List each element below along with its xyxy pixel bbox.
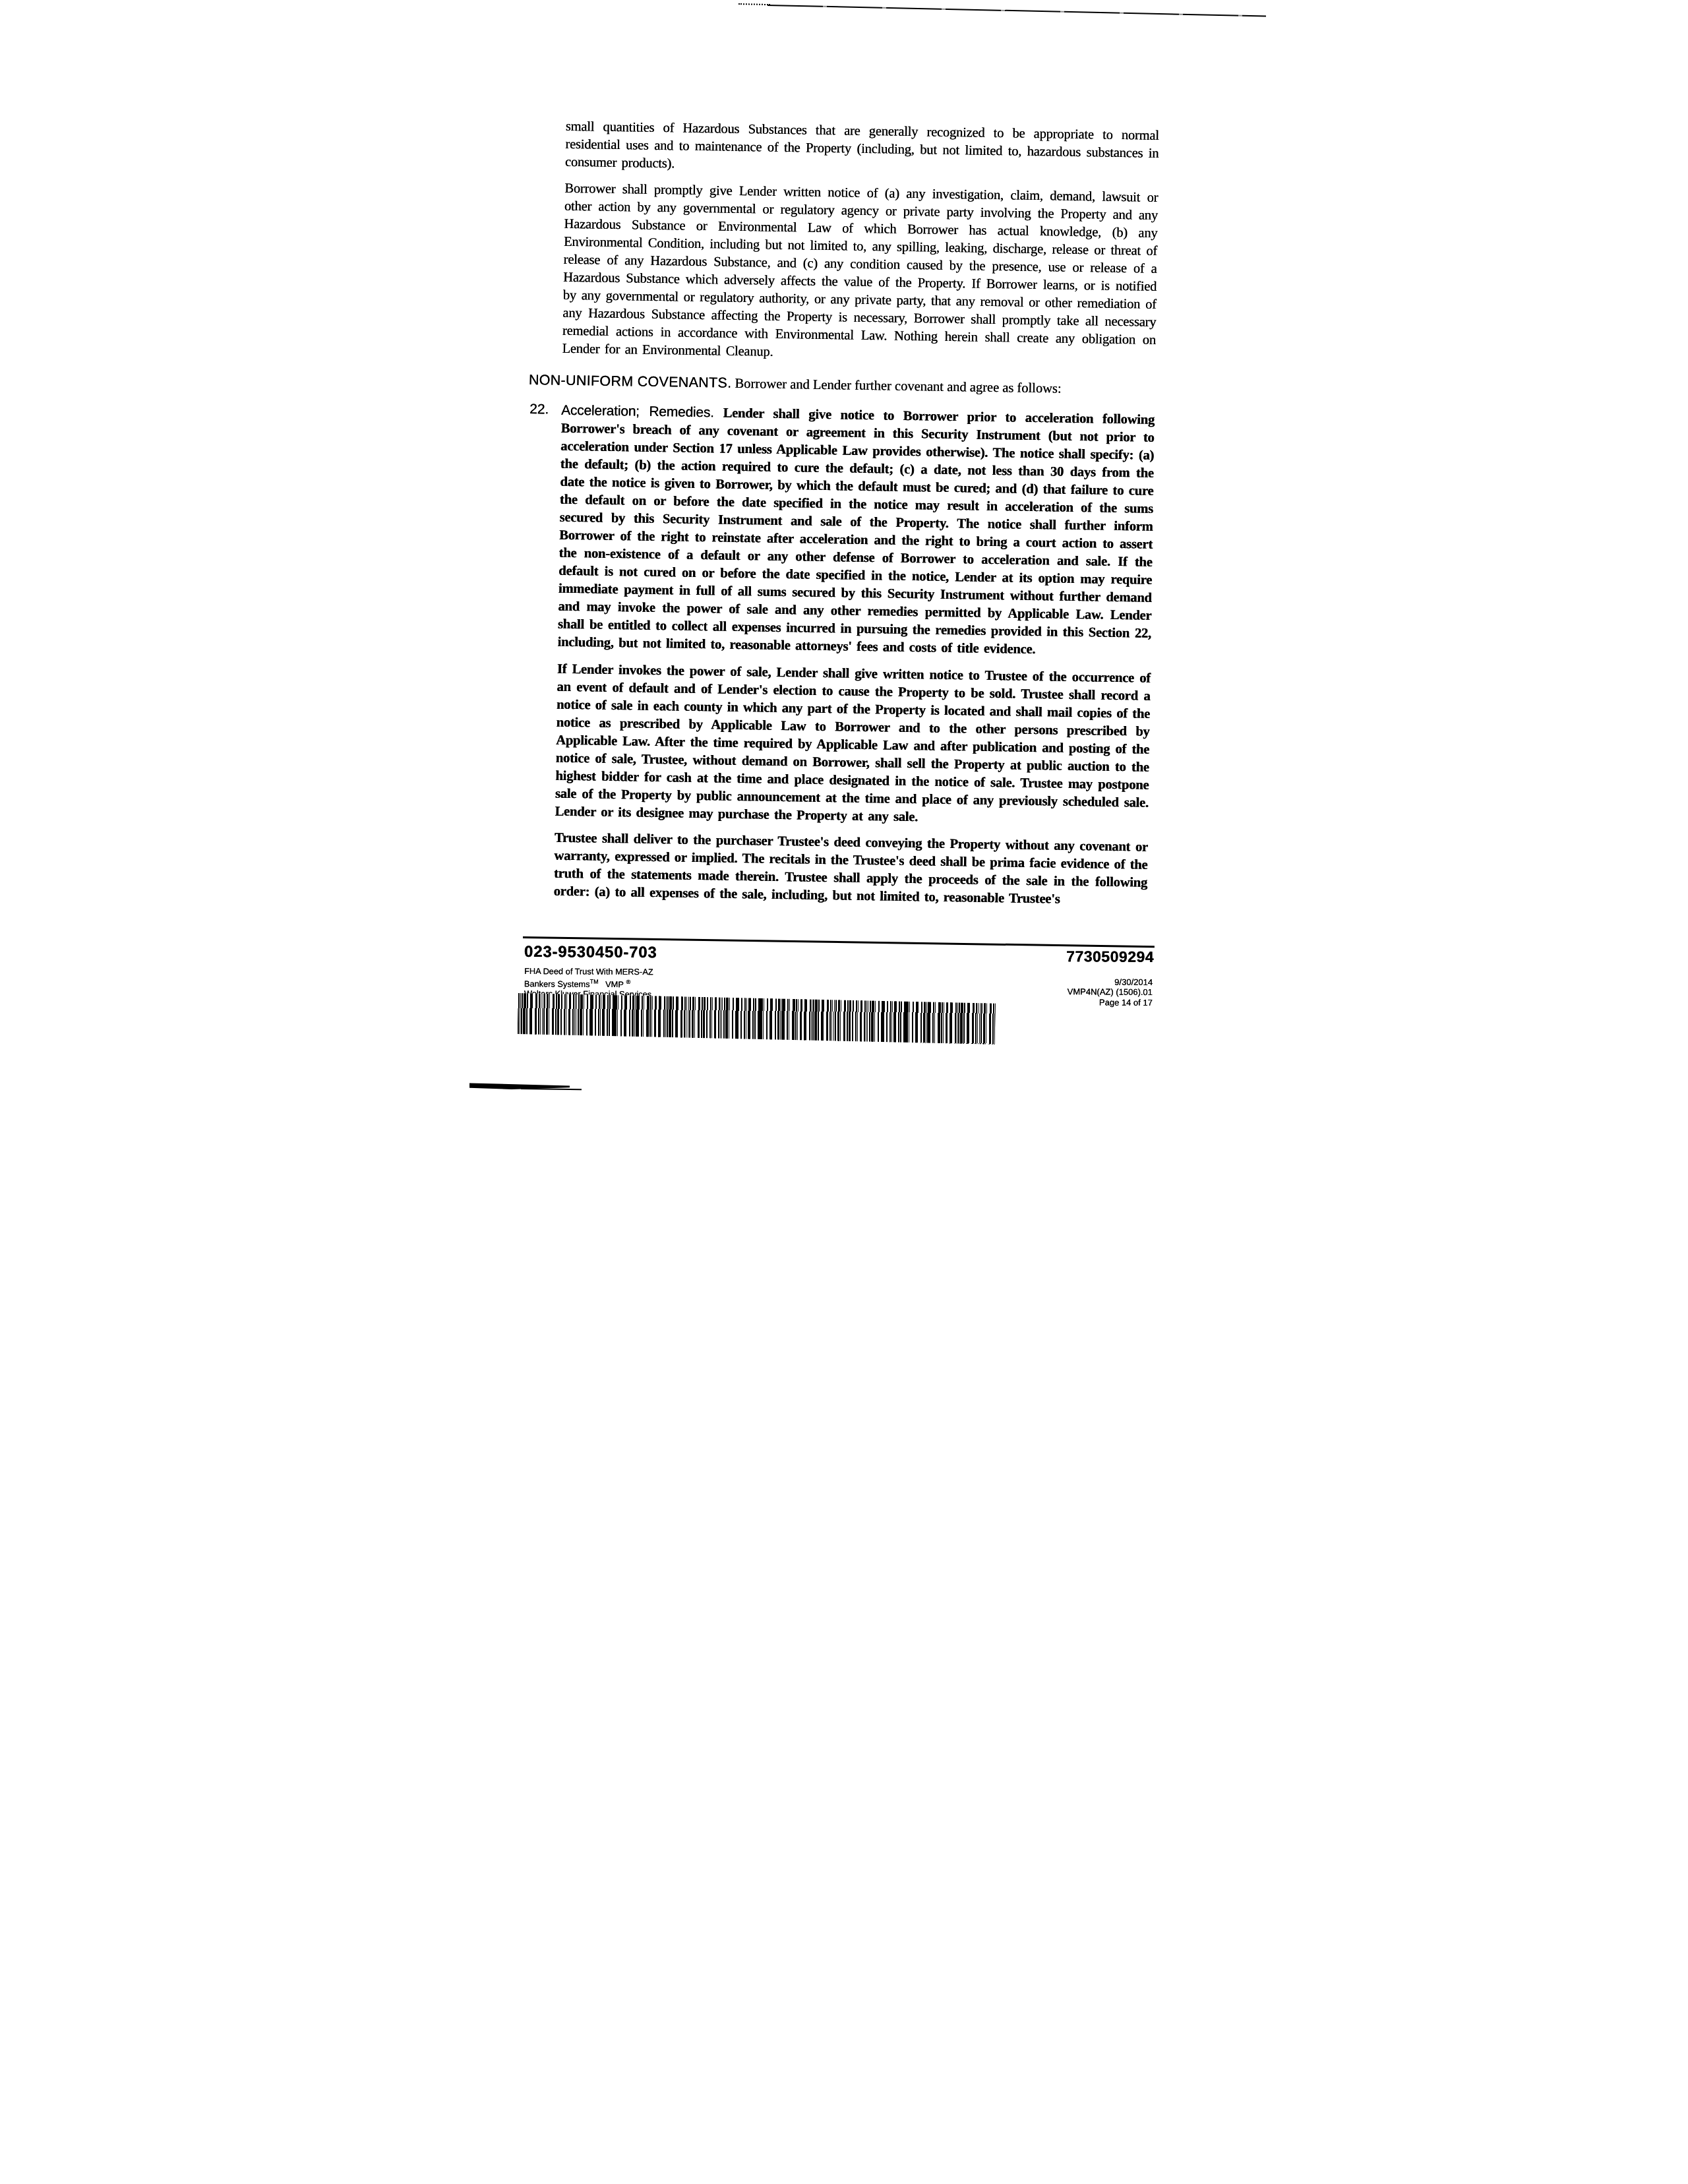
paragraph-trustee-deed: Trustee shall deliver to the purchaser T…: [553, 830, 1148, 910]
paragraph-hazardous-use: small quantities of Hazardous Substances…: [565, 118, 1159, 181]
section-22-number: 22.: [529, 402, 549, 417]
section-22-item: 22. Acceleration; Remedies. Lender shall…: [524, 401, 1159, 661]
form-name: FHA Deed of Trust With MERS-AZ: [524, 967, 653, 977]
scan-artifact-top-dotted: [738, 3, 770, 5]
bankers-systems-line: Bankers SystemsTM VMP ®: [524, 977, 653, 990]
registered-mark: ®: [626, 979, 630, 985]
document-body: small quantities of Hazardous Substances…: [520, 117, 1163, 919]
trademark-mark: TM: [589, 978, 598, 985]
page-number: Page 14 of 17: [923, 996, 1153, 1008]
section-22-title: Acceleration; Remedies.: [561, 403, 714, 421]
scanned-document-page: small quantities of Hazardous Substances…: [422, 0, 1266, 1092]
covenants-heading-line: NON-UNIFORM COVENANTS. Borrower and Lend…: [529, 371, 1155, 400]
section-22-body: Lender shall give notice to Borrower pri…: [557, 406, 1155, 657]
scan-artifact-top-line: [768, 5, 1266, 17]
paragraph-power-of-sale: If Lender invokes the power of sale, Len…: [555, 661, 1151, 830]
section-22-text: Acceleration; Remedies. Lender shall giv…: [557, 402, 1155, 661]
covenants-heading: NON-UNIFORM COVENANTS.: [529, 372, 732, 391]
covenants-text: Borrower and Lender further covenant and…: [735, 377, 1062, 396]
systems-name: Bankers Systems: [524, 979, 590, 989]
loan-number: 023-9530450-703: [524, 943, 657, 962]
vmp-label: VMP: [605, 979, 624, 989]
document-number: 7730509294: [989, 947, 1154, 966]
scan-artifact-bottom-tail: [521, 1088, 582, 1091]
paragraph-borrower-notice: Borrower shall promptly give Lender writ…: [562, 180, 1158, 367]
footer-meta-block: 9/30/2014 VMP4N(AZ) (1506).01 Page 14 of…: [923, 976, 1153, 1008]
